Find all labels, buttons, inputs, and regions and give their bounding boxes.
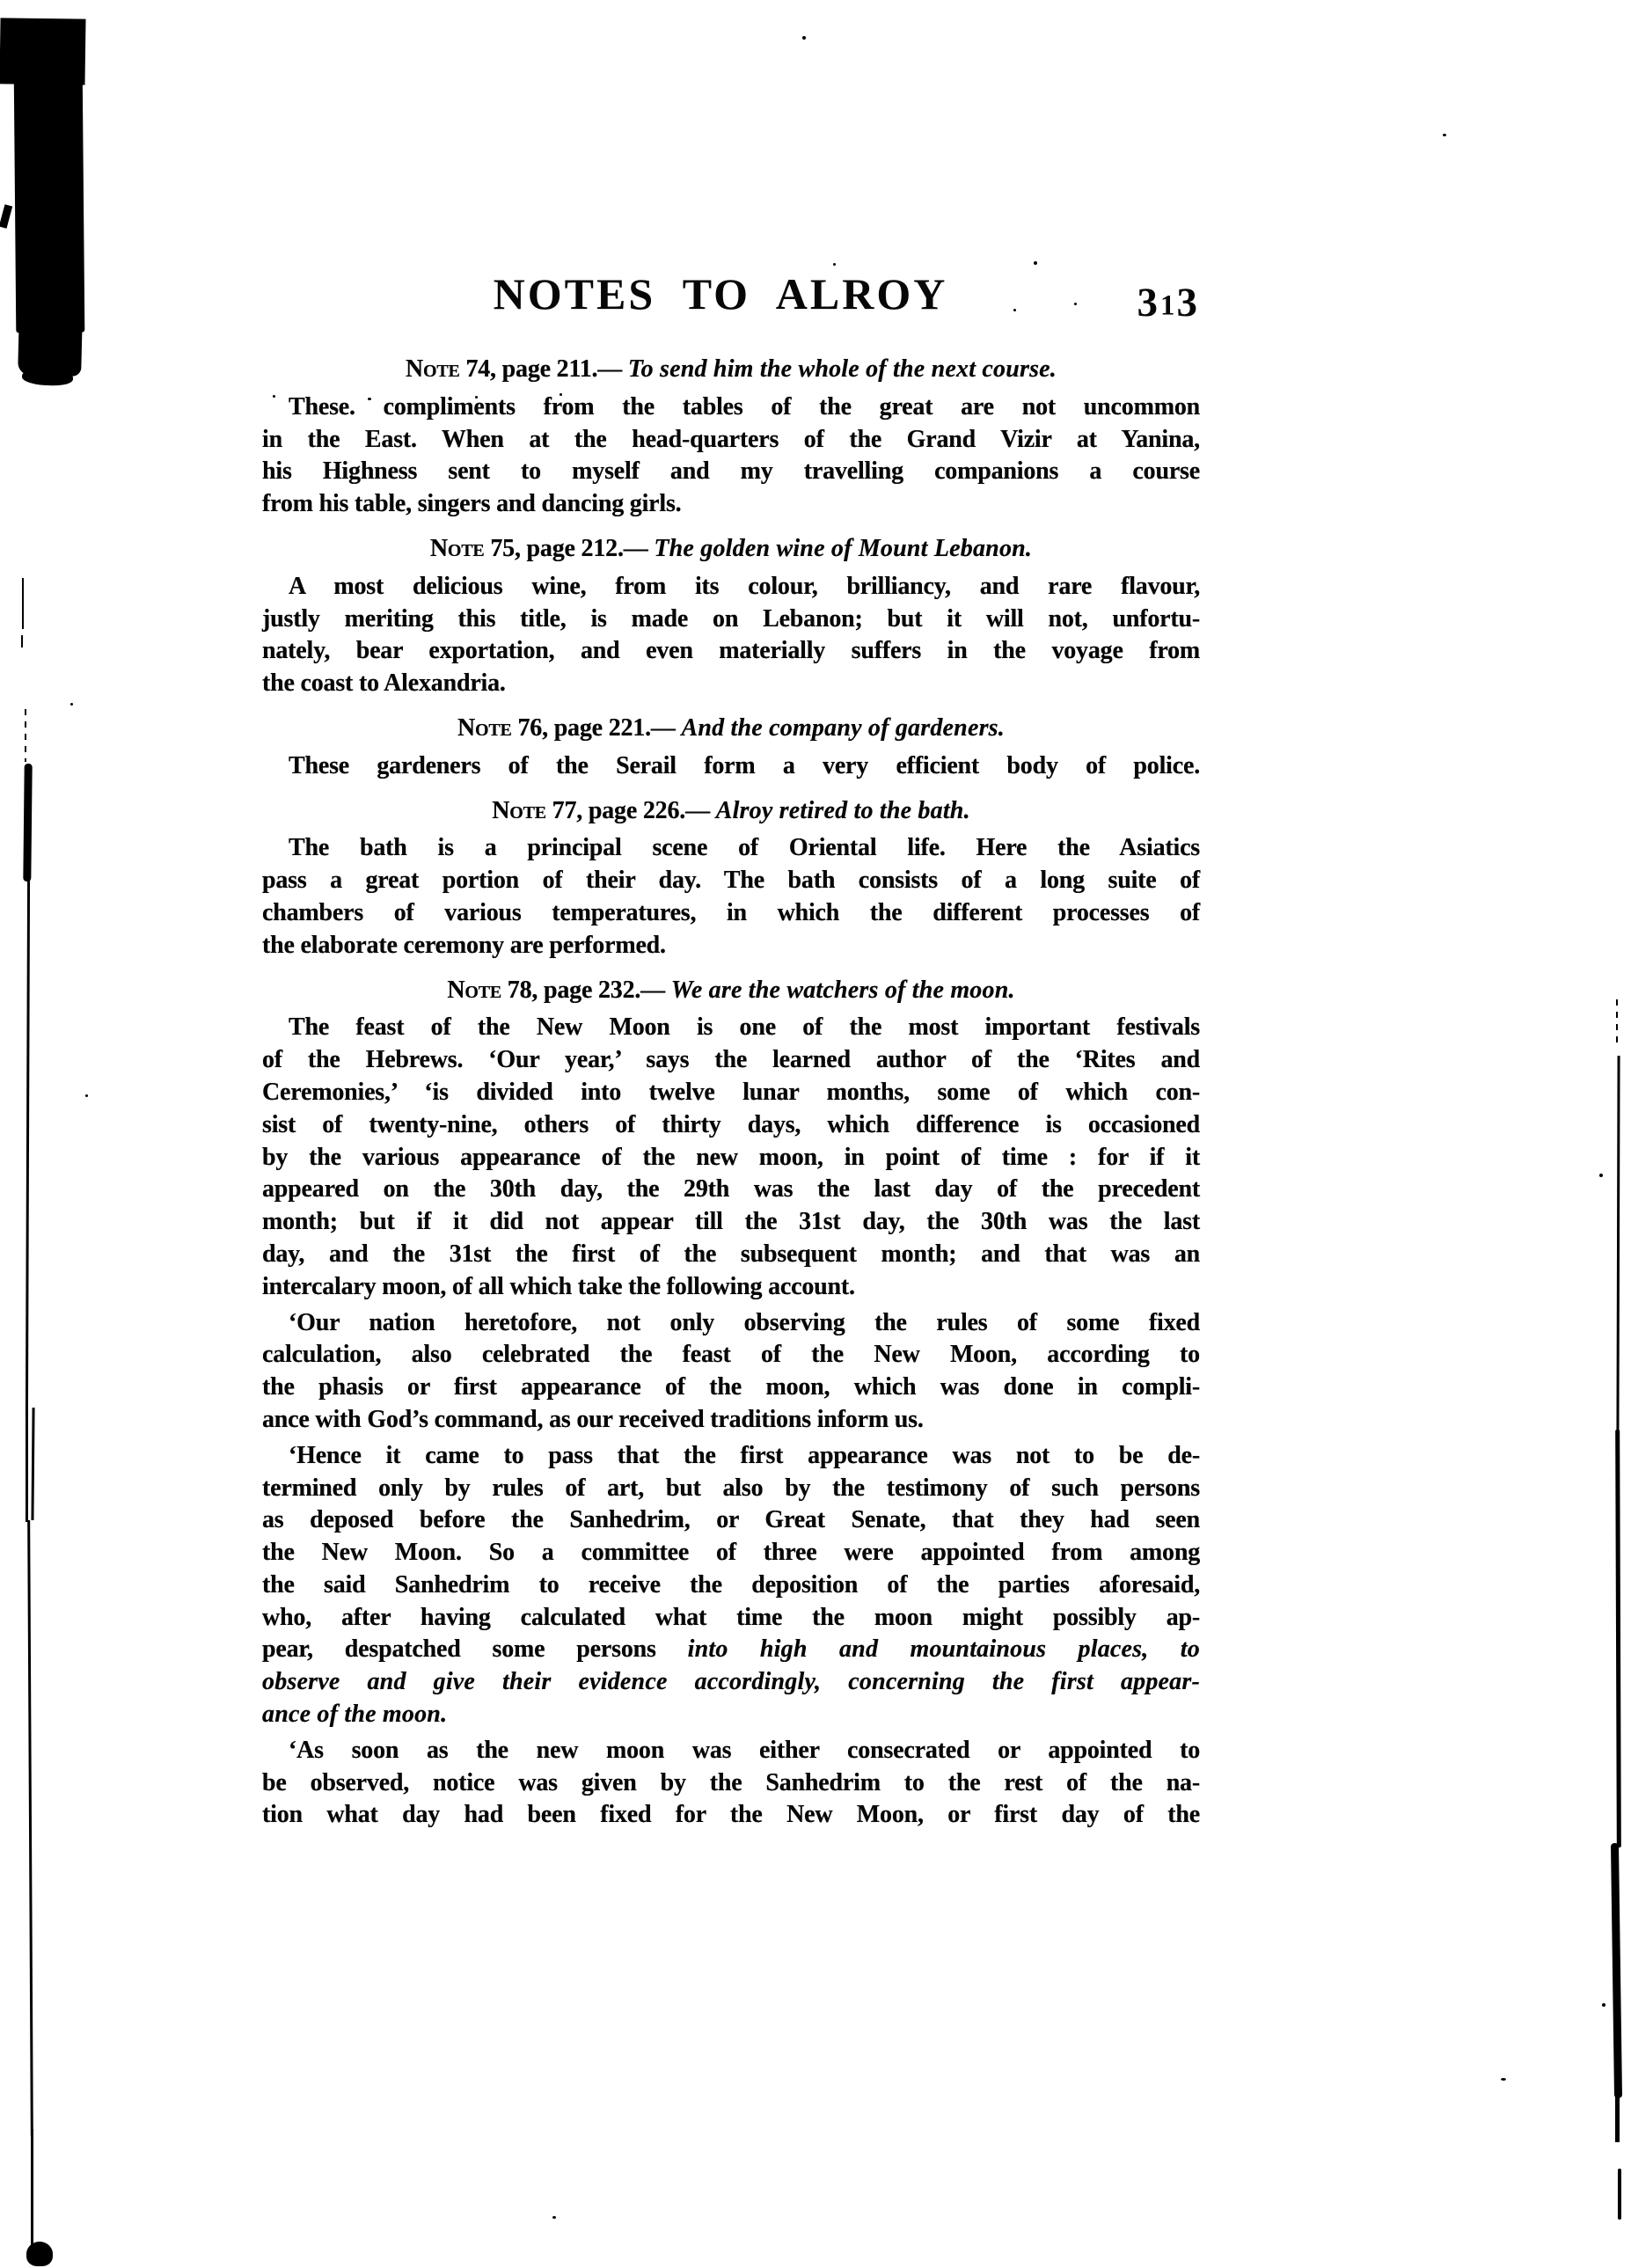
italic-text: We are the watchers of the moon.	[671, 977, 1015, 1004]
text-line: ance of the moon.	[262, 1699, 1200, 1731]
text-line: the coast to Alexandria.	[262, 668, 1200, 700]
scan-artifact	[85, 1094, 88, 1097]
italic-text: ance of the moon.	[262, 1701, 447, 1728]
text-line: Note 78, page 232.— We are the watchers …	[262, 975, 1200, 1007]
paragraph: ‘As soon as the new moon was either cons…	[262, 1735, 1200, 1832]
scan-artifact	[1611, 1843, 1622, 2098]
text-segment: The feast of the New Moon is one of the …	[289, 1013, 1200, 1041]
scan-artifact	[552, 2216, 556, 2219]
scan-artifact	[1013, 309, 1016, 311]
page-number: 313	[1086, 279, 1200, 326]
text-line: Note 75, page 212.— The golden wine of M…	[262, 533, 1200, 566]
note-heading: Note 78, page 232.— We are the watchers …	[262, 975, 1200, 1007]
italic-text: observe and give their evidence accordin…	[262, 1668, 1200, 1695]
text-segment: pass a great portion of their day. The b…	[262, 867, 1200, 894]
paragraph: These gardeners of the Serail form a ver…	[262, 750, 1200, 783]
text-segment: chambers of various temperatures, in whi…	[262, 899, 1200, 926]
paragraph: These. compliments from the tables of th…	[262, 391, 1200, 521]
scan-artifact	[1602, 2003, 1605, 2007]
scan-artifact	[1034, 261, 1037, 265]
text-segment: the said Sanhedrim to receive the deposi…	[262, 1571, 1200, 1599]
text-segment: the elaborate ceremony are performed.	[262, 932, 666, 959]
text-line: pear, despatched some persons into high …	[262, 1634, 1200, 1666]
scan-artifact	[833, 263, 836, 266]
text-segment: ‘Hence it came to pass that the first ap…	[289, 1442, 1200, 1469]
text-segment: pear, despatched some persons	[262, 1635, 688, 1663]
scan-artifact	[1618, 2169, 1621, 2220]
text-line: The feast of the New Moon is one of the …	[262, 1012, 1200, 1044]
text-segment: 77, page 226.—	[546, 797, 716, 824]
text-line: Note 77, page 226.— Alroy retired to the…	[262, 795, 1200, 828]
italic-text: into high and mountainous places, to	[688, 1635, 1200, 1663]
text-line: the New Moon. So a committee of three we…	[262, 1537, 1200, 1569]
italic-text: Alroy retired to the bath.	[716, 797, 970, 824]
text-line: ance with God’s command, as our received…	[262, 1404, 1200, 1437]
scan-artifact	[31, 2129, 33, 2250]
paragraph: The bath is a principal scene of Orienta…	[262, 832, 1200, 962]
scan-artifact	[26, 2242, 53, 2266]
italic-text: And the company of gardeners.	[682, 714, 1005, 742]
text-segment: sist of twenty-nine, others of thirty da…	[262, 1111, 1200, 1138]
italic-text: The golden wine of Mount Lebanon.	[654, 535, 1032, 562]
text-segment: from his table, singers and dancing girl…	[262, 490, 681, 517]
small-caps-text: Note	[447, 977, 501, 1004]
text-line: from his table, singers and dancing girl…	[262, 488, 1200, 521]
text-line: the elaborate ceremony are performed.	[262, 930, 1200, 962]
text-segment: termined only by rules of art, but also …	[262, 1474, 1200, 1502]
scan-artifact	[1501, 2078, 1506, 2081]
text-line: the phasis or first appearance of the mo…	[262, 1372, 1200, 1404]
text-line: justly meriting this title, is made on L…	[262, 604, 1200, 636]
text-segment: 78, page 232.—	[501, 977, 671, 1004]
scan-artifact	[31, 1408, 34, 1520]
text-segment: These gardeners of the Serail form a ver…	[289, 752, 1200, 779]
text-segment: the coast to Alexandria.	[262, 669, 506, 697]
scan-artifact	[1443, 134, 1446, 136]
note-heading: Note 77, page 226.— Alroy retired to the…	[262, 795, 1200, 828]
text-line: These gardeners of the Serail form a ver…	[262, 750, 1200, 783]
small-caps-text: Note	[430, 535, 485, 562]
text-line: ‘Our nation heretofore, not only observi…	[262, 1307, 1200, 1340]
scan-artifact	[560, 393, 562, 396]
text-line: chambers of various temperatures, in whi…	[262, 897, 1200, 930]
scan-artifact	[1616, 1056, 1620, 1434]
text-segment: 74, page 211.—	[460, 355, 628, 383]
text-segment: appeared on the 30th day, the 29th was t…	[262, 1175, 1200, 1203]
text-segment: nately, bear exportation, and even mater…	[262, 637, 1200, 664]
scan-artifact	[802, 36, 806, 40]
text-segment: 75, page 212.—	[485, 535, 655, 562]
text-segment: of the Hebrews. ‘Our year,’ says the lea…	[262, 1046, 1200, 1073]
text-segment: be observed, notice was given by the San…	[262, 1769, 1200, 1796]
small-caps-text: Note	[492, 797, 546, 824]
text-line: month; but if it did not appear till the…	[262, 1206, 1200, 1239]
text-line: ‘As soon as the new moon was either cons…	[262, 1735, 1200, 1767]
scan-artifact	[475, 396, 478, 399]
note-heading: Note 76, page 221.— And the company of g…	[262, 713, 1200, 745]
page-title: NOTES TO ALROY	[252, 268, 1189, 319]
scan-artifact	[23, 764, 32, 882]
text-line: who, after having calculated what time t…	[262, 1602, 1200, 1635]
text-segment: justly meriting this title, is made on L…	[262, 605, 1200, 633]
text-segment: A most delicious wine, from its colour, …	[289, 573, 1200, 600]
scan-artifact	[1616, 999, 1618, 1045]
scan-artifact	[26, 880, 30, 1416]
paragraph: A most delicious wine, from its colour, …	[262, 571, 1200, 700]
scan-artifact	[27, 1520, 33, 2136]
text-line: A most delicious wine, from its colour, …	[262, 571, 1200, 604]
text-segment: ‘Our nation heretofore, not only observi…	[289, 1309, 1200, 1336]
text-line: intercalary moon, of all which take the …	[262, 1271, 1200, 1304]
scan-artifact	[1615, 2094, 1620, 2142]
text-segment: the phasis or first appearance of the mo…	[262, 1373, 1200, 1401]
scan-artifact	[1599, 1174, 1603, 1177]
text-line: as deposed before the Sanhedrim, or Grea…	[262, 1504, 1200, 1537]
text-line: ‘Hence it came to pass that the first ap…	[262, 1440, 1200, 1473]
text-line: day, and the 31st the first of the subse…	[262, 1239, 1200, 1271]
text-line: pass a great portion of their day. The b…	[262, 865, 1200, 897]
text-segment: who, after having calculated what time t…	[262, 1604, 1200, 1631]
text-line: observe and give their evidence accordin…	[262, 1666, 1200, 1699]
text-segment: 76, page 221.—	[512, 714, 682, 742]
note-heading: Note 74, page 211.— To send him the whol…	[262, 354, 1200, 386]
scan-artifact	[0, 204, 12, 228]
text-line: of the Hebrews. ‘Our year,’ says the lea…	[262, 1044, 1200, 1077]
small-caps-text: Note	[406, 355, 460, 383]
text-line: Note 76, page 221.— And the company of g…	[262, 713, 1200, 745]
text-line: tion what day had been fixed for the New…	[262, 1799, 1200, 1832]
scan-artifact	[26, 1406, 28, 1522]
paragraph: The feast of the New Moon is one of the …	[262, 1012, 1200, 1303]
text-line: appeared on the 30th day, the 29th was t…	[262, 1174, 1200, 1206]
text-segment: month; but if it did not appear till the…	[262, 1208, 1200, 1235]
text-line: Ceremonies,’ ‘is divided into twelve lun…	[262, 1077, 1200, 1109]
text-segment: by the various appearance of the new moo…	[262, 1144, 1200, 1171]
scan-artifact	[273, 395, 275, 398]
text-line: nately, bear exportation, and even mater…	[262, 635, 1200, 668]
scan-artifact	[18, 311, 83, 377]
text-line: These. compliments from the tables of th…	[262, 391, 1200, 424]
paragraph: ‘Our nation heretofore, not only observi…	[262, 1307, 1200, 1437]
scan-artifact	[22, 578, 24, 629]
text-line: be observed, notice was given by the San…	[262, 1767, 1200, 1800]
text-line: by the various appearance of the new moo…	[262, 1142, 1200, 1174]
text-line: termined only by rules of art, but also …	[262, 1473, 1200, 1505]
text-segment: his Highness sent to myself and my trave…	[262, 457, 1200, 485]
text-segment: The bath is a principal scene of Orienta…	[289, 834, 1200, 861]
text-line: his Highness sent to myself and my trave…	[262, 456, 1200, 488]
text-segment: day, and the 31st the first of the subse…	[262, 1240, 1200, 1268]
text-segment: ance with God’s command, as our received…	[262, 1406, 924, 1433]
text-line: sist of twenty-nine, others of thirty da…	[262, 1109, 1200, 1142]
note-heading: Note 75, page 212.— The golden wine of M…	[262, 533, 1200, 566]
scan-artifact	[70, 703, 73, 706]
scan-artifact	[14, 69, 85, 333]
scan-artifact	[1615, 1430, 1621, 1847]
text-segment: as deposed before the Sanhedrim, or Grea…	[262, 1506, 1200, 1533]
scan-artifact	[25, 709, 26, 762]
text-segment: Ceremonies,’ ‘is divided into twelve lun…	[262, 1079, 1200, 1106]
paragraph: ‘Hence it came to pass that the first ap…	[262, 1440, 1200, 1731]
text-line: calculation, also celebrated the feast o…	[262, 1339, 1200, 1372]
scan-artifact	[21, 635, 23, 647]
text-segment: the New Moon. So a committee of three we…	[262, 1539, 1200, 1566]
scanned-book-page: NOTES TO ALROY 313 Note 74, page 211.— T…	[0, 0, 1631, 2268]
text-segment: in the East. When at the head-quarters o…	[262, 426, 1200, 453]
text-segment: calculation, also celebrated the feast o…	[262, 1341, 1200, 1368]
scan-artifact	[1074, 303, 1077, 305]
text-line: the said Sanhedrim to receive the deposi…	[262, 1569, 1200, 1602]
small-caps-text: Note	[457, 714, 512, 742]
text-segment: tion what day had been fixed for the New…	[262, 1801, 1200, 1828]
italic-text: To send him the whole of the next course…	[628, 355, 1057, 383]
text-segment: ‘As soon as the new moon was either cons…	[289, 1737, 1200, 1764]
scan-artifact	[368, 398, 371, 400]
text-line: Note 74, page 211.— To send him the whol…	[262, 354, 1200, 386]
text-segment: These. compliments from the tables of th…	[289, 393, 1200, 421]
text-line: in the East. When at the head-quarters o…	[262, 424, 1200, 457]
text-segment: intercalary moon, of all which take the …	[262, 1273, 855, 1300]
text-line: The bath is a principal scene of Orienta…	[262, 832, 1200, 865]
text-column: Note 74, page 211.— To send him the whol…	[262, 354, 1200, 1835]
